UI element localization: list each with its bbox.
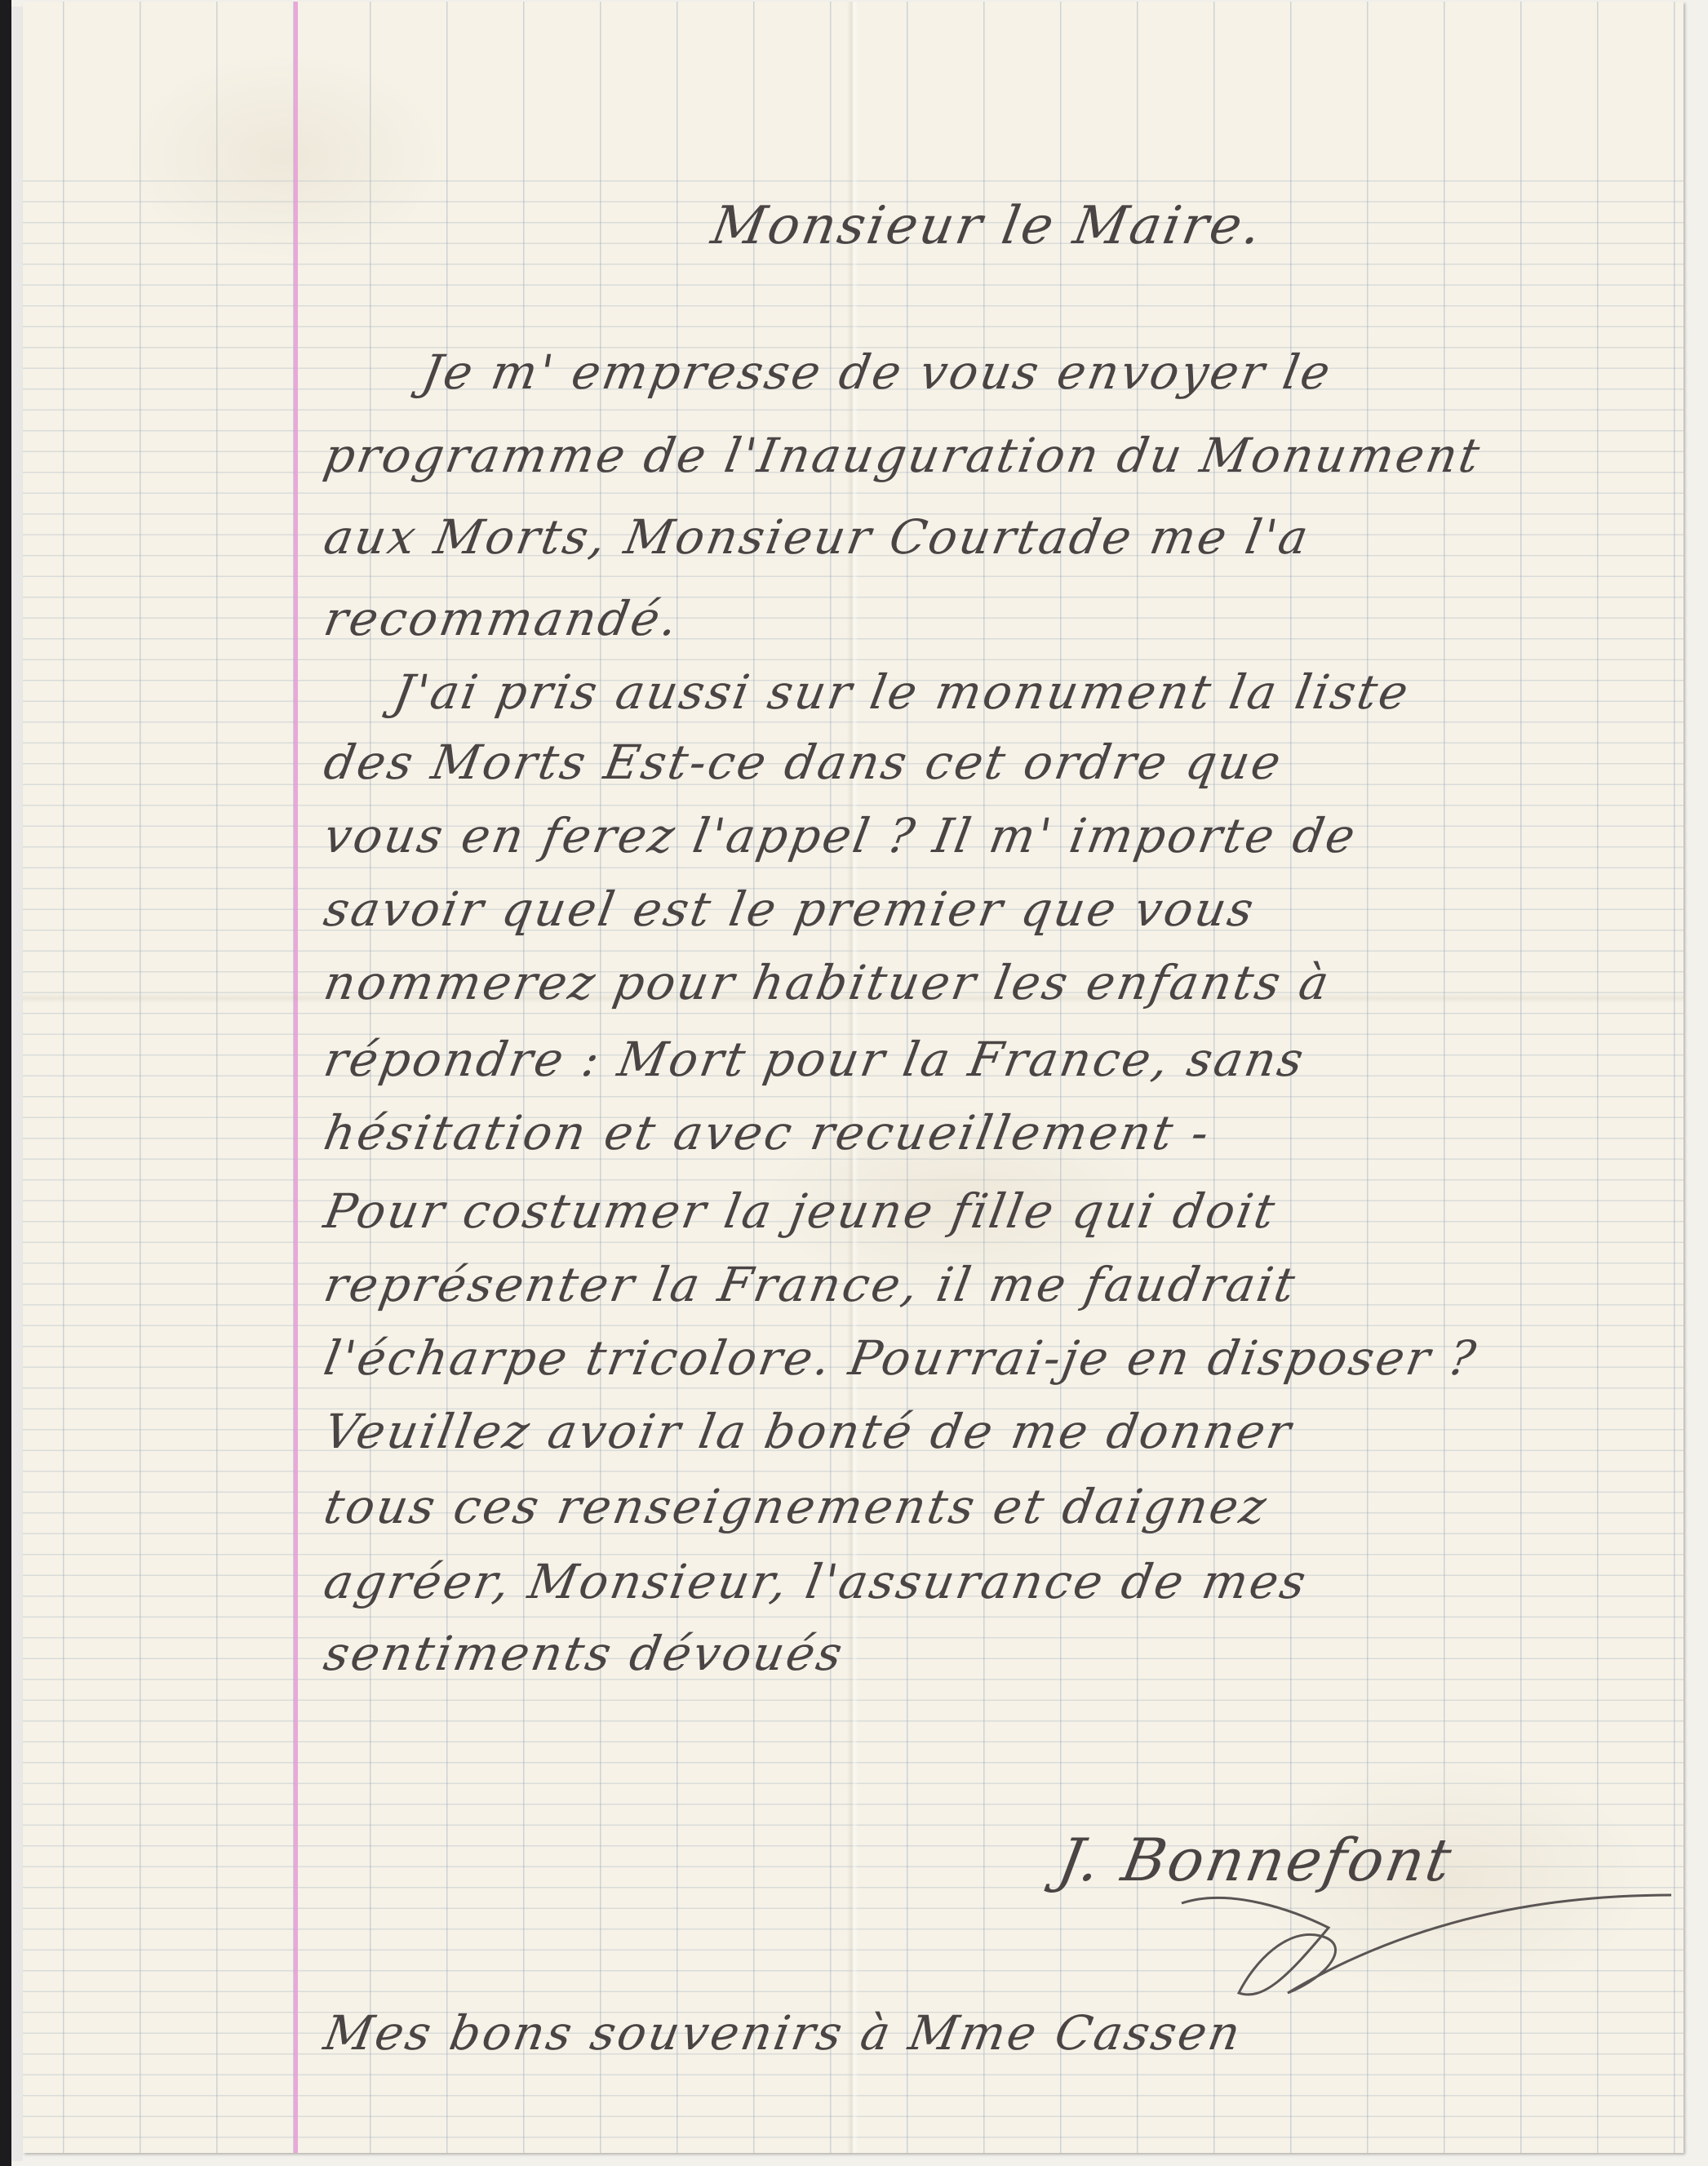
salutation: Monsieur le Maire. [707,196,1267,256]
scanner-edge-dark [0,0,11,2166]
body-line: nommerez pour habituer les enfants à [320,955,1335,1010]
body-line: tous ces renseignements et daignez [320,1479,1273,1534]
body-line: représenter la France, il me faudrait [320,1257,1302,1312]
paper-stain [121,51,447,263]
body-line: sentiments dévoués [320,1626,849,1681]
body-line: recommandé. [320,591,684,646]
body-line: J'ai pris aussi sur le monument la liste [389,664,1415,720]
scanner-edge-light [11,7,23,2161]
body-line: Je m' empresse de vous envoyer le [418,344,1337,400]
body-line: Pour costumer la jeune fille qui doit [320,1183,1281,1239]
body-line: agréer, Monsieur, l'assurance de mes [320,1554,1312,1609]
body-line: des Morts Est-ce dans cet ordre que [320,735,1287,790]
body-line: l'écharpe tricolore. Pourrai-je en dispo… [320,1330,1482,1386]
body-line: savoir quel est le premier que vous [320,881,1260,937]
margin-line [294,2,298,2153]
body-line: programme de l'Inauguration du Monument [320,428,1486,483]
letter-page: Monsieur le Maire. Je m' empresse de vou… [23,2,1684,2153]
signature-flourish [1165,1879,1688,2026]
body-line: aux Morts, Monsieur Courtade me l'a [320,509,1315,565]
body-line: hésitation et avec recueillement - [320,1105,1215,1161]
body-line: Veuillez avoir la bonté de me donner [320,1404,1298,1459]
body-line: vous en ferez l'appel ? Il m' importe de [320,808,1361,863]
postscript: Mes bons souvenirs à Mme Cassen [320,2005,1247,2061]
body-line: répondre : Mort pour la France, sans [320,1032,1310,1087]
